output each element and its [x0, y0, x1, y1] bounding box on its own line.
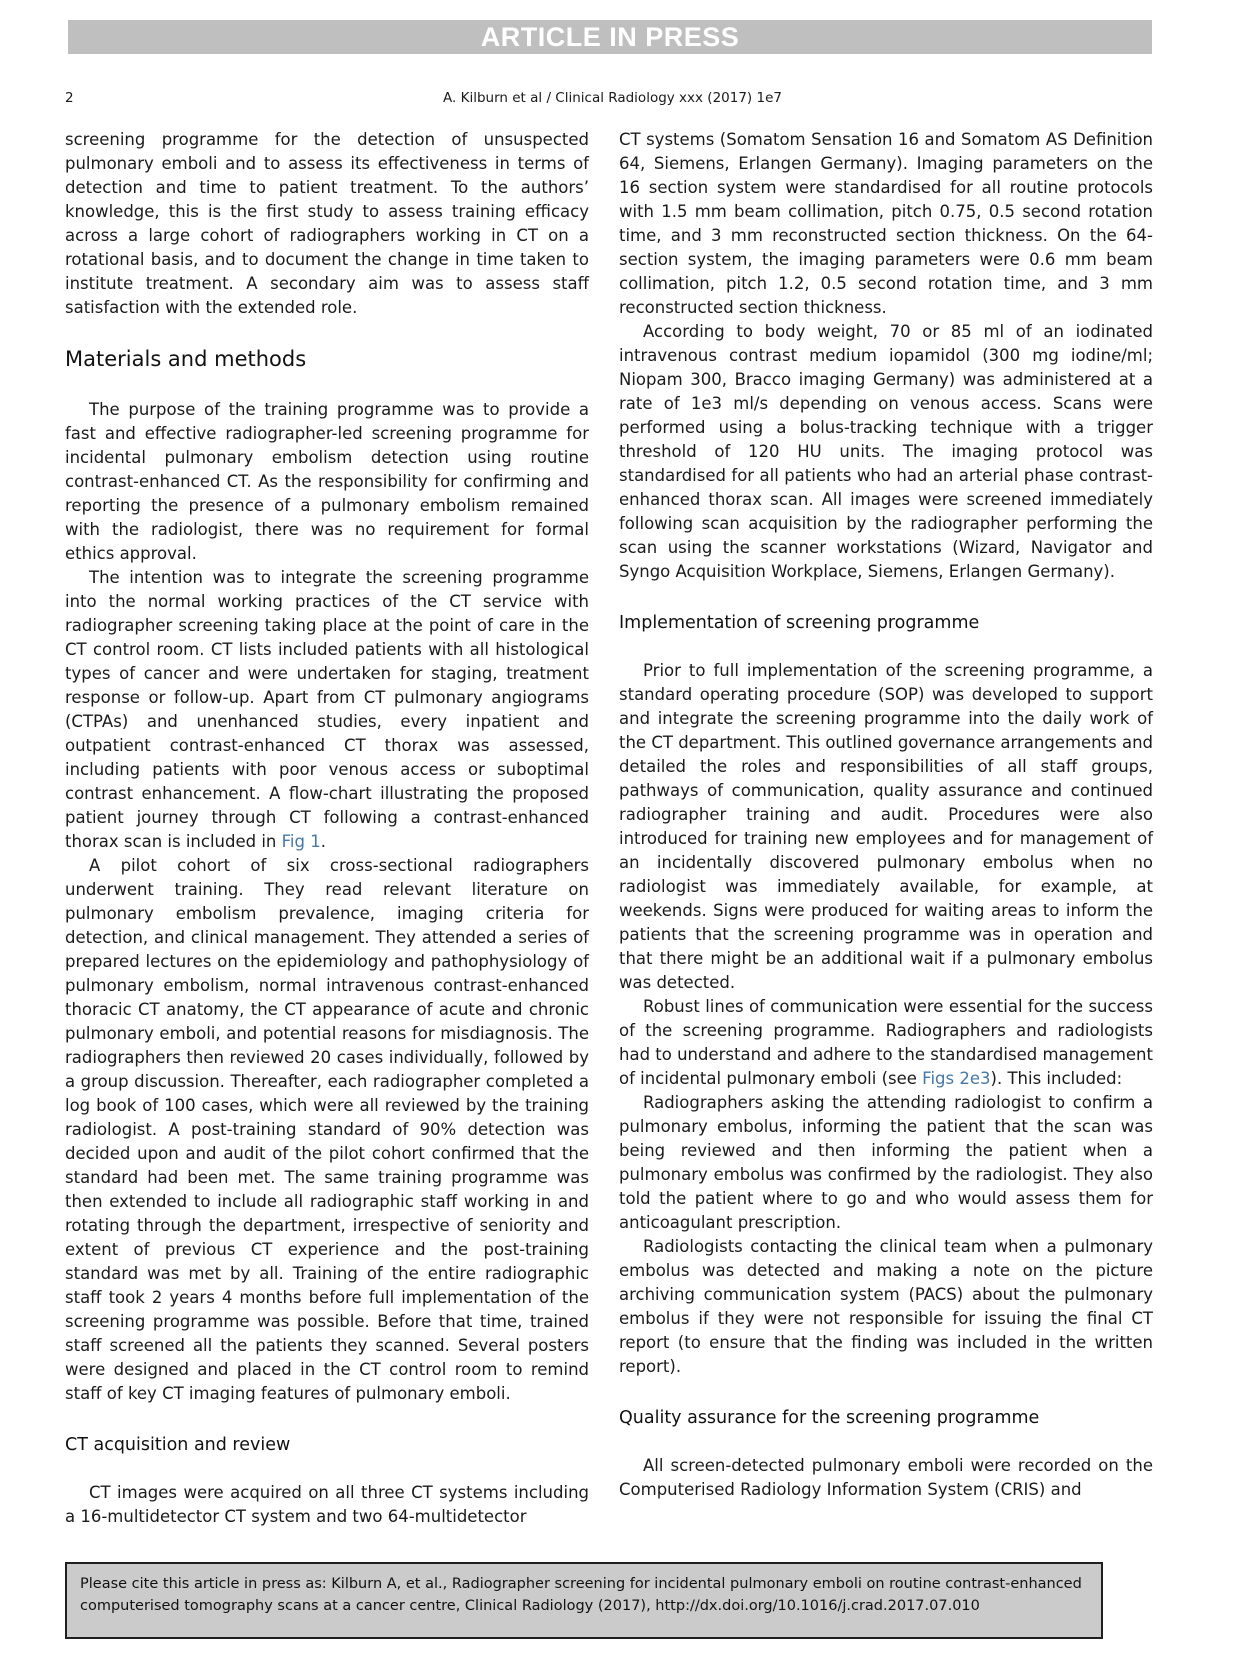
para-intro-continuation: screening programme for the detection of…	[65, 128, 589, 320]
para-intention-text: The intention was to integrate the scree…	[65, 568, 589, 851]
running-title: A. Kilburn et al / Clinical Radiology xx…	[65, 90, 1160, 106]
para-ct-images: CT images were acquired on all three CT …	[65, 1481, 589, 1529]
citation-text: Please cite this article in press as: Ki…	[80, 1573, 1088, 1617]
running-head: 2 A. Kilburn et al / Clinical Radiology …	[65, 90, 1160, 110]
para-sop: Prior to full implementation of the scre…	[619, 659, 1153, 995]
citation-footer-box: Please cite this article in press as: Ki…	[65, 1562, 1103, 1639]
article-in-press-banner: ARTICLE IN PRESS	[68, 20, 1152, 54]
para-training-purpose: The purpose of the training programme wa…	[65, 398, 589, 566]
para-ct-systems: CT systems (Somatom Sensation 16 and Som…	[619, 128, 1153, 320]
two-column-body: screening programme for the detection of…	[65, 128, 1153, 1529]
left-column: screening programme for the detection of…	[65, 128, 589, 1529]
para-radiologists-contacting: Radiologists contacting the clinical tea…	[619, 1235, 1153, 1379]
para-intention: The intention was to integrate the scree…	[65, 566, 589, 854]
banner-text: ARTICLE IN PRESS	[481, 22, 740, 53]
para-radiographers-asking: Radiographers asking the attending radio…	[619, 1091, 1153, 1235]
subheading-ct-acquisition: CT acquisition and review	[65, 1435, 589, 1455]
fig1-link[interactable]: Fig 1	[282, 832, 321, 851]
para-intention-tail: .	[321, 832, 326, 851]
para-robust-lines: Robust lines of communication were essen…	[619, 995, 1153, 1091]
heading-materials-and-methods: Materials and methods	[65, 347, 589, 371]
right-column: CT systems (Somatom Sensation 16 and Som…	[619, 128, 1153, 1529]
para-pilot-cohort: A pilot cohort of six cross-sectional ra…	[65, 854, 589, 1406]
para-contrast-medium: According to body weight, 70 or 85 ml of…	[619, 320, 1153, 584]
subheading-implementation: Implementation of screening programme	[619, 613, 1153, 633]
subheading-quality-assurance: Quality assurance for the screening prog…	[619, 1408, 1153, 1428]
para-robust-tail: ). This included:	[991, 1069, 1123, 1088]
figs2-3-link[interactable]: Figs 2e3	[922, 1069, 990, 1088]
para-quality-assurance: All screen-detected pulmonary emboli wer…	[619, 1454, 1153, 1502]
